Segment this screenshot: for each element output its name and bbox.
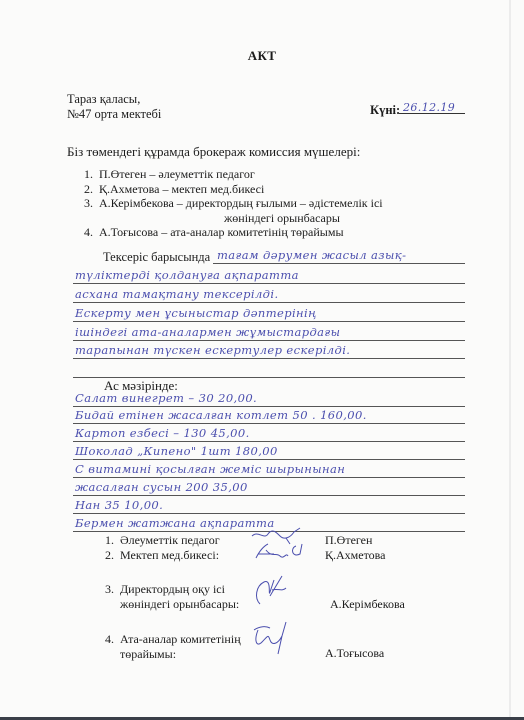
menu-line: жасалған сусын 200 35,00 [73,478,465,496]
handwritten-line: тағам дәрумен жасыл азық- [213,246,465,264]
member-item: 3.А.Керімбекова – директордың ғылыми – ә… [84,196,383,211]
school-label: №47 орта мектебі [67,107,161,122]
signature-role-1: 1. Әлеуметтік педагог [105,533,220,548]
page-edge [509,0,511,720]
signature-name-1: П.Өтеген [325,533,372,548]
signature-role-4: 4. Ата-аналар комитетінің [105,632,241,647]
member-item: 1.П.Өтеген – әлеуметтік педагог [84,167,383,182]
signature-role-3: 3. Директордың оқу ісі [105,582,225,597]
menu-line: Салат винегрет – 30 20,00. [73,389,465,407]
member-item: 2.Қ.Ахметова – мектеп мед.бикесі [84,182,383,197]
date-label: Күні: [370,103,400,118]
member-item: 4.А.Тоғысова – ата-аналар комитетінің тө… [84,225,383,240]
handwritten-line: тарапынан түскен ескертулер ескерілді. [73,341,465,359]
signature-role-2: 2. Мектеп мед.бикесі: [105,548,219,563]
inspection-label: Тексеріс барысында [103,250,210,265]
signature-role-4-line2: төрайымы: [120,647,176,662]
date-underline [399,113,465,114]
signature-name-3: А.Керімбекова [330,597,405,612]
intro-text: Біз төмендегі құрамда брокераж комиссия … [67,144,360,160]
menu-line: Бидай етінен жасалған котлет 50 . 160,00… [73,406,465,424]
members-list: 1.П.Өтеген – әлеуметтік педагог 2.Қ.Ахме… [84,167,383,240]
signature-icon [248,620,298,658]
menu-line: С витамині қосылған жеміс шырынынан [73,460,465,478]
signature-icon [250,568,290,608]
signature-icon [252,540,312,564]
signature-name-2: Қ.Ахметова [325,548,386,563]
member-item-continuation: жөніндегі орынбасары [84,211,383,226]
menu-line: Шоколад „Кипено" 1шт 180,00 [73,442,465,460]
city-label: Тараз қаласы, [67,92,140,107]
signature-name-4: А.Тоғысова [325,646,384,661]
menu-line: Нан 35 10,00. [73,496,465,514]
handwritten-line-empty [73,360,465,378]
handwritten-line: түліктерді қолдануға ақпаратта [73,266,465,284]
handwritten-line: Ескерту мен ұсыныстар дәптерінің [73,304,465,322]
document-title: АКТ [0,48,524,64]
menu-line: Картоп езбесі – 130 45,00. [73,424,465,442]
handwritten-line: ішіндегі ата-аналармен жұмыстардағы [73,323,465,341]
signature-role-3-line2: жөніндегі орынбасары: [120,597,239,612]
handwritten-line: асхана тамақтану тексерілді. [73,285,465,303]
